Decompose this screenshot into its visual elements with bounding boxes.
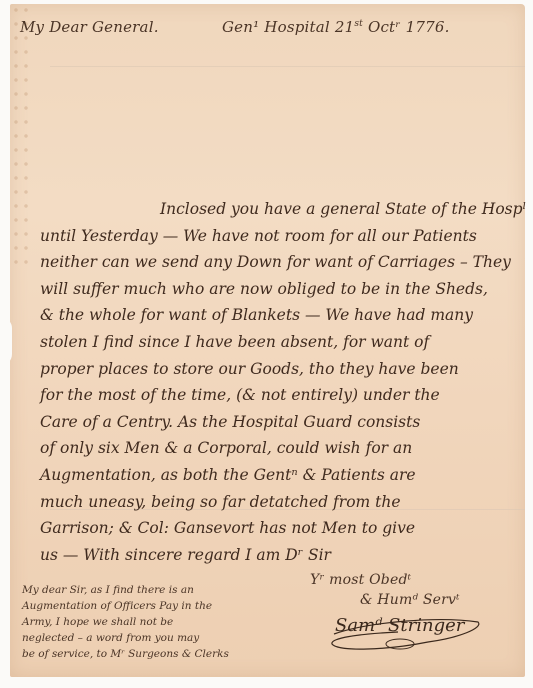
- signature: Samᵈ Stringer: [335, 615, 464, 636]
- body-line: us — With sincere regard I am Dʳ Sir: [40, 542, 520, 569]
- salutation: My Dear General.: [20, 18, 159, 36]
- dateline-place: Gen¹ Hospital 21: [222, 18, 354, 36]
- dateline-suffix: st: [354, 19, 363, 29]
- fold-line: [50, 66, 525, 67]
- body-line: Augmentation, as both the Gentⁿ & Patien…: [40, 462, 520, 489]
- body-line: Care of a Centry. As the Hospital Guard …: [40, 409, 520, 436]
- postscript-line: Army, I hope we shall not be: [22, 614, 242, 630]
- foxing-stains: [10, 4, 32, 264]
- postscript-line: My dear Sir, as I find there is an: [22, 582, 242, 598]
- closing-line-2: & Humᵈ Servᵗ: [360, 592, 460, 608]
- body-line: until Yesterday — We have not room for a…: [40, 223, 520, 250]
- body-line: Garrison; & Col: Gansevort has not Men t…: [40, 515, 520, 542]
- body-line: neither can we send any Down for want of…: [40, 249, 520, 276]
- dateline: Gen¹ Hospital 21st Octʳ 1776.: [222, 18, 450, 36]
- torn-edge: [0, 318, 12, 366]
- body-line: much uneasy, being so far detatched from…: [40, 489, 520, 516]
- letter-body: Inclosed you have a general State of the…: [40, 196, 520, 568]
- body-line: of only six Men & a Corporal, could wish…: [40, 435, 520, 462]
- body-line: will suffer much who are now obliged to …: [40, 276, 520, 303]
- body-line: proper places to store our Goods, tho th…: [40, 356, 520, 383]
- postscript: My dear Sir, as I find there is an Augme…: [22, 582, 242, 662]
- body-line: & the whole for want of Blankets — We ha…: [40, 302, 520, 329]
- postscript-line: Augmentation of Officers Pay in the: [22, 598, 242, 614]
- body-line: stolen I find since I have been absent, …: [40, 329, 520, 356]
- dateline-date: Octʳ 1776.: [363, 18, 450, 36]
- postscript-line: be of service, to Mʳ Surgeons & Clerks: [22, 646, 242, 662]
- body-line: Inclosed you have a general State of the…: [40, 196, 520, 223]
- postscript-line: neglected – a word from you may: [22, 630, 242, 646]
- body-line: for the most of the time, (& not entirel…: [40, 382, 520, 409]
- closing-line-1: Yʳ most Obedᵗ: [310, 572, 411, 588]
